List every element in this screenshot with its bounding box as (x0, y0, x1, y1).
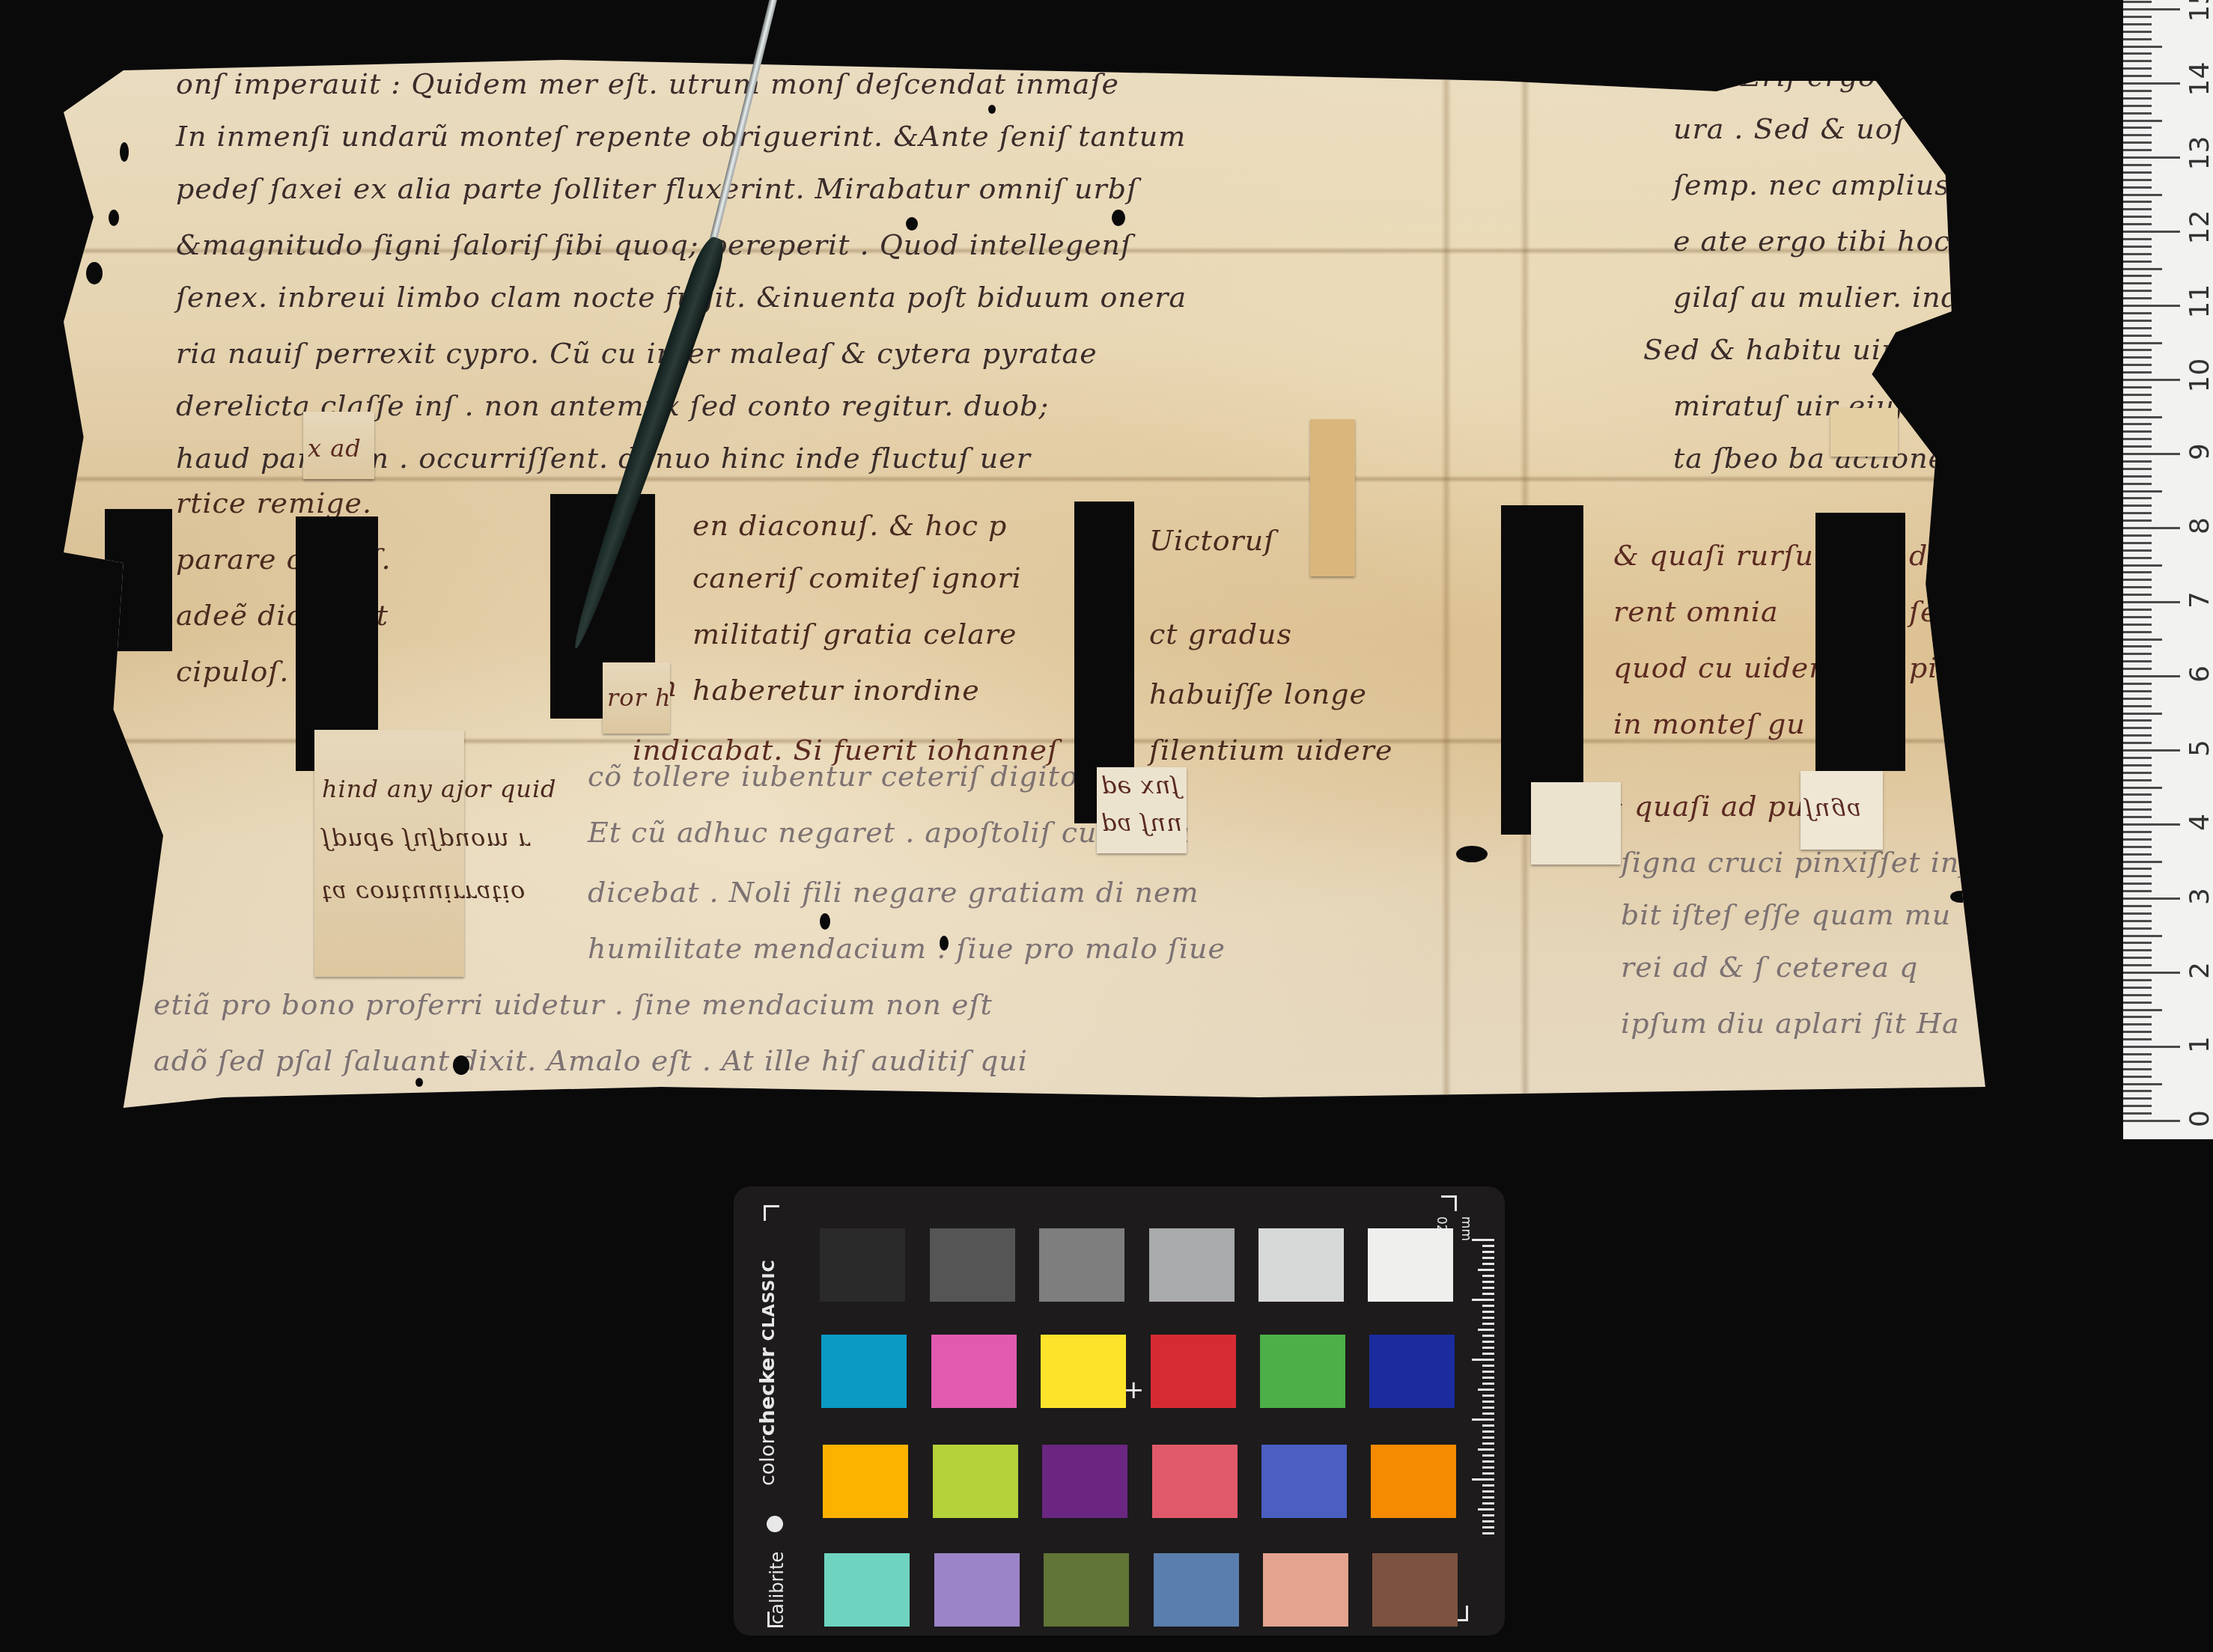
repair-patch: hind any ajor quid ſpnde ſuſpuom r ta co… (314, 730, 464, 977)
ruler-tick (2123, 757, 2152, 759)
ruler-tick (2123, 134, 2152, 136)
ruler-tick (2123, 638, 2162, 641)
manuscript-text-line: ſilentium uidere (1149, 734, 1392, 766)
ruler-tick (2123, 519, 2152, 522)
repair-patch (1310, 419, 1355, 576)
manuscript-text-line: habuiſſe longe (1149, 677, 1367, 710)
card-scale-tick (1482, 1502, 1494, 1505)
ruler-tick (2123, 67, 2152, 70)
corner-mark-icon (764, 1205, 779, 1221)
card-scale-tick (1482, 1472, 1494, 1475)
card-scale-tick (1482, 1353, 1494, 1355)
color-swatch (1039, 1228, 1124, 1302)
repair-patch (1531, 782, 1621, 865)
color-swatch (1151, 1335, 1236, 1408)
ruler-tick (2123, 179, 2152, 181)
card-scale-tick (1482, 1412, 1494, 1415)
crosshair-mark-icon: + (1123, 1375, 1145, 1405)
ruler-tick (2123, 31, 2152, 33)
card-scale-tick (1472, 1299, 1494, 1301)
ruler-tick (2123, 1002, 2152, 1004)
ruler-tick (2123, 994, 2152, 996)
ruler-label: 0 (2185, 1104, 2213, 1134)
card-scale-tick (1482, 1341, 1494, 1343)
ruler-tick (2123, 268, 2162, 270)
manuscript-text-line: dicebat . Noli fili negare gratiam di ne… (588, 876, 1199, 909)
ruler-tick (2123, 935, 2162, 937)
card-scale-tick (1482, 1257, 1494, 1259)
manuscript-fragment: onſ imperauit : Quidem mer eſt. utrum mo… (64, 60, 2055, 1108)
ruler-tick (2123, 594, 2152, 596)
ruler-tick (2123, 1009, 2162, 1011)
ruler-label: 13 (2185, 141, 2213, 171)
color-swatch (933, 1445, 1018, 1518)
ruler-tick (2123, 156, 2180, 159)
ruler-tick (2123, 1023, 2152, 1025)
wormhole (820, 913, 830, 930)
ruler-label: 6 (2185, 659, 2213, 689)
ruler-tick (2123, 290, 2152, 292)
ruler-tick (2123, 653, 2152, 655)
card-scale-tick (1482, 1406, 1494, 1409)
color-swatch (934, 1553, 1020, 1627)
color-swatch (824, 1553, 910, 1627)
card-scale-tick (1482, 1317, 1494, 1319)
card-scale-tick (1482, 1263, 1494, 1265)
ruler-tick (2123, 987, 2152, 989)
ruler-label: 8 (2185, 511, 2213, 541)
manuscript-text-line: rei ad & ſ ceterea q (1621, 951, 1918, 984)
color-swatch (1041, 1335, 1126, 1408)
ruler-tick (2123, 579, 2152, 581)
ruler-tick (2123, 401, 2152, 403)
color-swatch (1263, 1553, 1348, 1627)
ruler-tick (2123, 335, 2152, 337)
card-scale-tick (1482, 1347, 1494, 1349)
ruler-tick (2123, 527, 2180, 529)
card-scale-tick (1482, 1484, 1494, 1487)
ruler-tick (2123, 713, 2162, 715)
ruler-tick (2123, 238, 2152, 240)
ruler-tick (2123, 201, 2152, 203)
ruler-tick (2123, 90, 2152, 92)
ruler-tick (2123, 8, 2180, 10)
ruler-tick (2123, 883, 2152, 885)
ruler-tick (2123, 164, 2152, 166)
card-scale-tick (1482, 1365, 1494, 1367)
ruler-tick (2123, 97, 2152, 100)
color-swatch (930, 1228, 1015, 1302)
wormhole (415, 1078, 423, 1087)
ruler-tick (2123, 1, 2152, 3)
lacuna-hole (105, 509, 172, 651)
ruler-tick (2123, 1016, 2152, 1018)
ruler-tick (2123, 668, 2152, 670)
manuscript-text-line: ura . Sed & uoſ (1673, 112, 1905, 145)
ruler-tick (2123, 897, 2180, 900)
card-scale-tick (1482, 1383, 1494, 1385)
ruler-tick (2123, 920, 2152, 922)
ruler-tick (2123, 601, 2180, 603)
ruler-label: 14 (2185, 67, 2213, 97)
manuscript-text-line: en diaconuſ. & hoc p (692, 509, 1007, 542)
card-scale-tick (1482, 1430, 1494, 1433)
color-swatch (1372, 1553, 1458, 1627)
manuscript-text-line: ria nauiſ perrexit cypro. Cũ cu inter ma… (176, 337, 1098, 370)
card-scale-tick (1482, 1287, 1494, 1289)
ruler-tick (2123, 483, 2152, 485)
card-scale-tick (1482, 1371, 1494, 1373)
color-swatch (1152, 1445, 1238, 1518)
ruler-tick (2123, 808, 2152, 811)
color-swatch (1371, 1445, 1456, 1518)
ruler-tick (2123, 356, 2152, 359)
ruler-tick (2123, 557, 2152, 559)
wormhole (988, 105, 996, 114)
ruler-tick (2123, 327, 2152, 329)
color-swatch (1260, 1335, 1345, 1408)
ruler-tick (2123, 468, 2152, 470)
ruler-tick (2123, 120, 2162, 122)
calibrite-logo-icon (767, 1516, 783, 1532)
color-swatch (1149, 1228, 1235, 1302)
ruler-tick (2123, 764, 2152, 766)
manuscript-text-line: In inmenſi undarũ monteſ repente obrigue… (176, 120, 1186, 153)
manuscript-text-line: rtice remige. (176, 487, 372, 519)
ruler-tick (2123, 430, 2152, 433)
ruler-label: 11 (2185, 289, 2213, 319)
wormhole (1112, 210, 1125, 226)
ruler-tick (2123, 497, 2152, 499)
ruler-tick (2123, 675, 2180, 677)
ruler-tick (2123, 912, 2152, 915)
wormhole (120, 142, 129, 162)
ruler-tick (2123, 949, 2152, 951)
ruler-label: 3 (2185, 882, 2213, 912)
ruler-tick (2123, 445, 2152, 448)
ruler-tick (2123, 801, 2152, 803)
manuscript-text-line: ta ſbeo ba actione (1673, 442, 1946, 475)
ruler-tick (2123, 1076, 2152, 1078)
color-checker-card: colorchecker CLASSIC calibrite 02/22 mm … (734, 1186, 1505, 1636)
wormhole (1456, 846, 1488, 862)
wormhole (1950, 891, 1971, 903)
color-swatch (1044, 1553, 1129, 1627)
manuscript-text-line: ct gradus (1149, 618, 1292, 650)
card-scale-tick (1482, 1514, 1494, 1517)
ruler-tick (2123, 816, 2152, 818)
repair-patch: ror h (603, 662, 670, 734)
ruler-tick (2123, 1038, 2152, 1040)
ruler-tick (2123, 364, 2152, 366)
ruler-tick (2123, 890, 2152, 892)
ruler-tick (2123, 927, 2152, 930)
card-scale-tick (1472, 1239, 1494, 1241)
ruler-tick (2123, 460, 2152, 463)
ruler-tick (2123, 46, 2162, 48)
ruler-tick (2123, 16, 2152, 18)
card-scale-tick (1482, 1424, 1494, 1427)
color-swatch (1369, 1335, 1455, 1408)
ruler-label: 5 (2185, 734, 2213, 763)
card-scale-tick (1482, 1323, 1494, 1325)
manuscript-text-line: gilaſ au mulier. ind (1673, 281, 1960, 314)
ruler-tick (2123, 772, 2152, 774)
card-scale-tick (1482, 1520, 1494, 1523)
card-scale-tick (1482, 1305, 1494, 1307)
ruler-tick (2123, 223, 2152, 225)
repair-patch: pe xuſ pa ſuu (1097, 767, 1187, 853)
ruler-tick (2123, 216, 2152, 218)
color-swatch (823, 1445, 908, 1518)
ruler-tick (2123, 386, 2152, 388)
ruler-tick (2123, 371, 2152, 374)
ruler-tick (2123, 1061, 2152, 1063)
ruler-tick (2123, 171, 2152, 174)
card-scale-tick (1482, 1466, 1494, 1469)
manuscript-text-line: cõ tollere iubentur ceteriſ digito (588, 760, 1078, 793)
ruler-tick (2123, 312, 2152, 314)
ruler-tick (2123, 38, 2152, 40)
ruler-tick (2123, 979, 2152, 981)
repair-patch: ſuga (1800, 771, 1883, 850)
manuscript-text-line: bit iſteſ eſſe quam mu (1621, 898, 1951, 931)
ruler-tick (2123, 616, 2152, 618)
card-scale-tick (1478, 1329, 1494, 1331)
ruler-label: 10 (2185, 363, 2213, 393)
ruler-tick (2123, 631, 2152, 633)
ruler-tick (2123, 624, 2152, 626)
ruler-tick (2123, 305, 2180, 307)
ruler-tick (2123, 490, 2162, 493)
ruler-tick (2123, 1083, 2162, 1085)
manuscript-text-line: e ate ergo tibi hoc qu (1673, 225, 1999, 257)
ruler-tick (2123, 542, 2152, 544)
ruler-tick (2123, 586, 2152, 588)
card-scale-tick (1478, 1448, 1494, 1451)
ruler-tick (2123, 208, 2152, 210)
ruler-tick (2123, 1097, 2152, 1100)
manuscript-text-line: adõ ſed pſal ſaluant dixit. Amalo eſt . … (153, 1044, 1028, 1077)
ruler-tick (2123, 734, 2152, 737)
ruler-tick (2123, 186, 2152, 189)
ruler-tick (2123, 875, 2152, 877)
ruler-tick (2123, 505, 2152, 507)
wormhole (86, 262, 103, 284)
ruler-tick (2123, 342, 2162, 344)
corner-mark-icon (1441, 1195, 1457, 1211)
color-swatch (821, 1335, 907, 1408)
manuscript-text-line: quod cu uidere (1613, 651, 1841, 684)
ruler-tick (2123, 105, 2152, 107)
ruler-tick (2123, 275, 2152, 277)
card-scale-tick (1482, 1454, 1494, 1457)
ruler-tick (2123, 787, 2162, 789)
ruler-tick (2123, 793, 2152, 796)
card-scale-tick (1482, 1442, 1494, 1445)
card-scale-tick (1478, 1508, 1494, 1511)
manuscript-text-line: Sed & habitu uiri & uul (1643, 333, 1999, 366)
card-scale-tick (1482, 1436, 1494, 1439)
card-scale-tick (1482, 1251, 1494, 1253)
color-swatch (931, 1335, 1017, 1408)
wormhole (906, 217, 918, 231)
repair-patch: x ad (303, 412, 374, 479)
fold-crease (1441, 60, 1452, 1108)
card-scale-tick (1482, 1395, 1494, 1397)
ruler-tick (2123, 394, 2152, 396)
manuscript-text-line: onſ imperauit : Quidem mer eſt. utrum mo… (176, 67, 1119, 100)
color-swatch (1042, 1445, 1127, 1518)
ruler-tick (2123, 52, 2152, 55)
wormhole (453, 1055, 469, 1075)
ruler-tick (2123, 127, 2152, 129)
manuscript-text-line: Uictoruſ (1149, 524, 1275, 557)
ruler-tick (2123, 349, 2152, 351)
ruler-tick (2123, 512, 2152, 514)
ruler-tick (2123, 749, 2180, 752)
ruler-tick (2123, 82, 2180, 85)
card-unit-label: mm (1458, 1216, 1473, 1241)
manuscript-text-line: ſemp. nec amplius (1673, 168, 1950, 201)
card-scale-tick (1472, 1418, 1494, 1421)
color-swatch (1368, 1228, 1453, 1302)
card-scale-tick (1472, 1478, 1494, 1481)
ruler-tick (2123, 779, 2152, 781)
wormhole (109, 210, 119, 226)
ruler-tick (2123, 690, 2152, 692)
ruler-tick (2123, 475, 2152, 478)
ruler-tick (2123, 698, 2152, 700)
ruler-tick (2123, 1053, 2152, 1055)
ruler-label: 7 (2185, 585, 2213, 615)
color-swatch (1261, 1445, 1347, 1518)
card-scale-tick (1478, 1389, 1494, 1391)
card-scale-tick (1482, 1400, 1494, 1403)
repair-patch (1830, 408, 1898, 457)
ruler-tick (2123, 246, 2152, 248)
ruler-tick (2123, 964, 2152, 966)
color-swatch (1154, 1553, 1239, 1627)
manuscript-text-line: militatiſ gratia celare (692, 618, 1017, 650)
photo-stage: onſ imperauit : Quidem mer eſt. utrum mo… (0, 0, 2213, 1652)
ruler-tick (2123, 846, 2152, 848)
ruler-label: 2 (2185, 956, 2213, 986)
ruler-tick (2123, 112, 2152, 115)
ruler-label: 15 (2185, 0, 2213, 22)
ruler-label: 9 (2185, 437, 2213, 467)
manuscript-text-line: in monteſ gu (1613, 707, 1806, 740)
ruler-tick (2123, 660, 2152, 662)
ruler-tick (2123, 416, 2162, 418)
manuscript-text-line: & quaſi rurſu (1613, 539, 1814, 572)
card-scale-tick (1478, 1269, 1494, 1271)
card-scale-tick (1482, 1311, 1494, 1313)
ruler-tick (2123, 868, 2152, 870)
ruler-tick (2123, 534, 2152, 537)
manuscript-text-line: pidatur (1909, 651, 2020, 684)
ruler-tick (2123, 379, 2180, 381)
colorchecker-brand-label: colorchecker CLASSIC (756, 1259, 779, 1486)
ruler-label: 4 (2185, 808, 2213, 838)
ruler-tick (2123, 853, 2152, 856)
manuscript-text-line: humilitate mendacium . ſiue pro malo ſiu… (588, 932, 1226, 965)
card-scale-tick (1482, 1532, 1494, 1534)
ruler-tick (2123, 438, 2152, 440)
ruler-tick (2123, 905, 2152, 907)
ruler-tick (2123, 231, 2180, 233)
ruler-label: 1 (2185, 1030, 2213, 1060)
ruler-tick (2123, 149, 2152, 151)
card-scale-tick (1482, 1377, 1494, 1379)
ruler-tick (2123, 645, 2152, 647)
card-scale-tick (1472, 1359, 1494, 1361)
manuscript-text-line: tem Eriſ ergo (1673, 60, 1876, 93)
card-scale-tick (1482, 1335, 1494, 1337)
wormhole (940, 936, 949, 951)
manuscript-text-line: ſe ad pra (1909, 595, 2045, 628)
ruler-tick (2123, 1112, 2152, 1115)
ruler-tick (2123, 1031, 2152, 1033)
card-scale-tick (1482, 1526, 1494, 1528)
manuscript-text-line: caneriſ comiteſ ignori (692, 561, 1022, 594)
ruler-tick (2123, 1120, 2180, 1122)
ruler-tick (2123, 75, 2152, 77)
card-scale-tick (1482, 1245, 1494, 1247)
ruler-tick (2123, 1105, 2152, 1107)
ruler-tick (2123, 705, 2152, 707)
ruler-tick (2123, 609, 2152, 611)
centimeter-ruler: 0123456789101112131415 (2123, 0, 2213, 1139)
ruler-tick (2123, 942, 2152, 944)
manuscript-text-line: ſigna cruci pinxiſſet inſ (1621, 846, 1970, 879)
ruler-tick (2123, 549, 2152, 552)
card-scale-tick (1482, 1490, 1494, 1493)
ruler-tick (2123, 194, 2162, 196)
ruler-tick (2123, 60, 2152, 62)
ruler-tick (2123, 23, 2152, 25)
ruler-tick (2123, 838, 2152, 841)
ruler-tick (2123, 742, 2152, 744)
ruler-tick (2123, 831, 2152, 833)
ruler-label: 12 (2185, 215, 2213, 245)
manuscript-text-line: etiã pro bono proferri uidetur . ſine me… (153, 988, 993, 1021)
color-swatch (820, 1228, 905, 1302)
ruler-tick (2123, 861, 2162, 863)
ruler-tick (2123, 957, 2152, 959)
card-scale-tick (1482, 1496, 1494, 1499)
ruler-tick (2123, 320, 2152, 322)
ruler-tick (2123, 571, 2152, 573)
ruler-tick (2123, 282, 2152, 284)
card-scale-tick (1482, 1460, 1494, 1463)
ruler-tick (2123, 719, 2152, 722)
ruler-tick (2123, 727, 2152, 729)
ruler-tick (2123, 453, 2180, 455)
card-scale-tick (1482, 1281, 1494, 1283)
ruler-tick (2123, 297, 2152, 299)
manuscript-text-line: ipſum diu aplari ſit Ha (1621, 1007, 1960, 1040)
ruler-tick (2123, 253, 2152, 255)
ruler-tick (2123, 564, 2162, 567)
card-scale-tick (1482, 1293, 1494, 1295)
ruler-tick (2123, 823, 2180, 826)
ruler-tick (2123, 260, 2152, 263)
ruler-tick (2123, 1090, 2152, 1092)
ruler-tick (2123, 409, 2152, 411)
manuscript-text-line: pedeſ ſaxei ex alia parte ſolliter fluxe… (176, 172, 1138, 205)
ruler-tick (2123, 1068, 2152, 1070)
